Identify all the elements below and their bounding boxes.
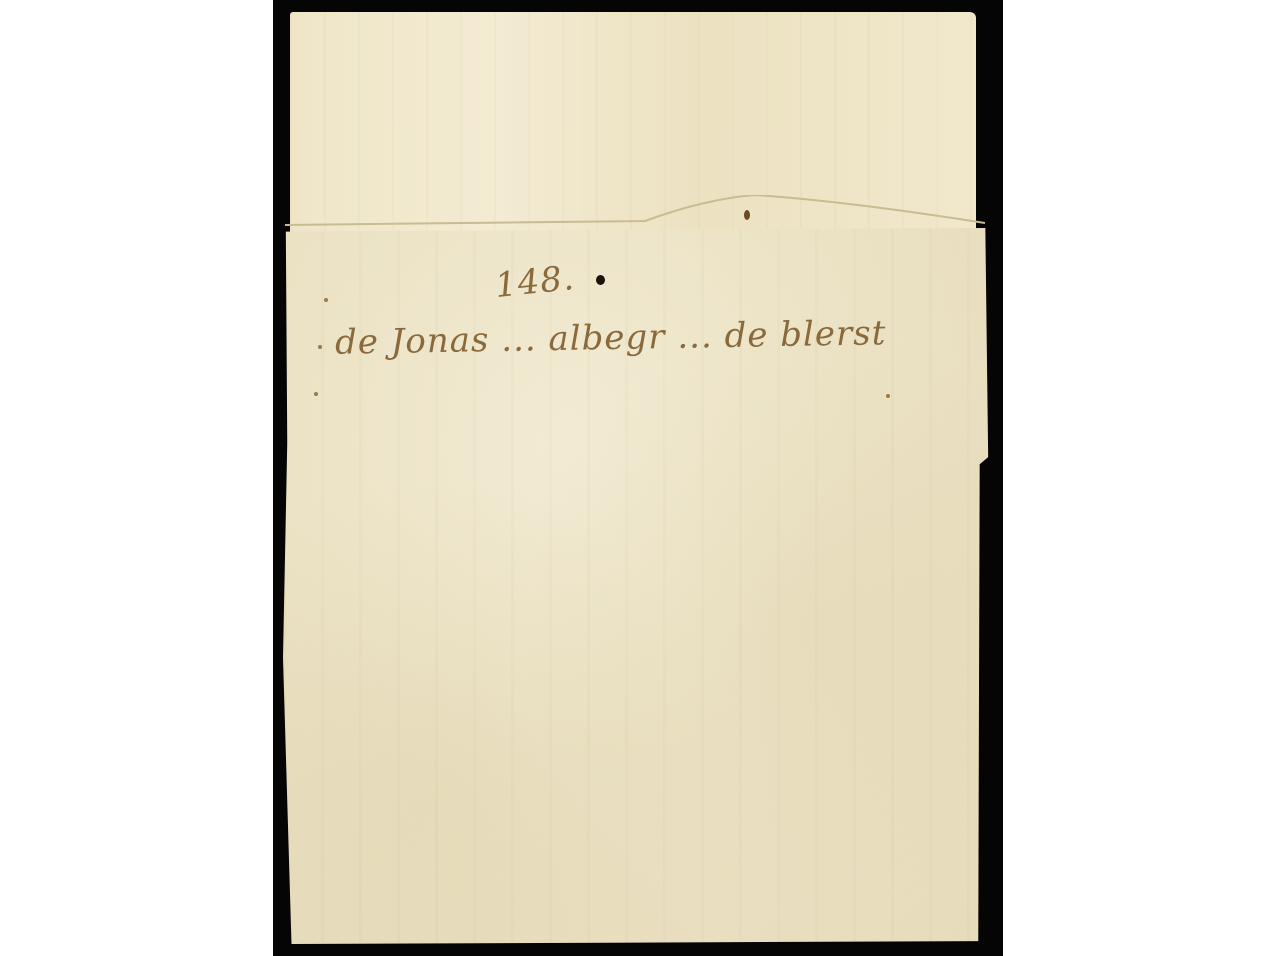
- ink-mark: [744, 210, 750, 220]
- paper-speck: [314, 392, 318, 396]
- docket-numeral: 148.: [493, 258, 576, 306]
- paper-speck: [886, 394, 890, 398]
- paper-speck: [318, 345, 322, 349]
- paper-speck: [324, 298, 328, 302]
- ink-blot: [596, 275, 605, 285]
